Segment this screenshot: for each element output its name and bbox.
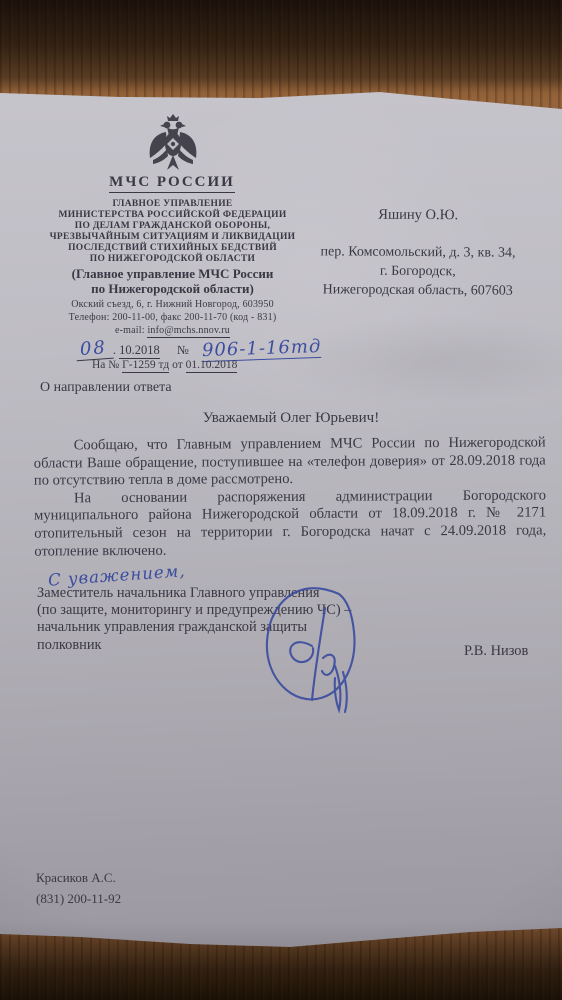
executor-phone: (831) 200-11-92 (36, 888, 121, 909)
executor-block: Красиков А.С. (831) 200-11-92 (36, 867, 121, 909)
incoming-number: Г-1259 тд (122, 359, 169, 373)
org-short-title: МЧС РОССИИ (92, 174, 252, 191)
position-line: полковник (37, 637, 457, 654)
org-line: ПО НИЖЕГОРОДСКОЙ ОБЛАСТИ (25, 254, 320, 265)
outgoing-date-number-line: 08. 10.2018 № 906-1-16тд (76, 338, 321, 360)
org-phone-fax: Телефон: 200-11-00, факс 200-11-70 (код … (25, 311, 320, 324)
recipient-address-line: Нижегородская область, 607603 (312, 280, 524, 300)
org-full-name: ГЛАВНОЕ УПРАВЛЕНИЕ МИНИСТЕРСТВА РОССИЙСК… (25, 199, 320, 264)
recipient-name: Яшину О.Ю. (312, 205, 524, 225)
recipient-address-line: г. Богородск, (312, 261, 524, 281)
org-email: info@mchs.nnov.ru (147, 325, 230, 338)
org-contact-block: Окский съезд, 6, г. Нижний Новгород, 603… (25, 298, 320, 337)
org-line: ПОСЛЕДСТВИЙ СТИХИЙНЫХ БЕДСТВИЙ (25, 243, 320, 254)
position-line: Заместитель начальника Главного управлен… (37, 585, 457, 602)
recipient-address-line: пер. Комсомольский, д. 3, кв. 34, (312, 242, 524, 262)
letter-sheet: МЧС РОССИИ ГЛАВНОЕ УПРАВЛЕНИЕ МИНИСТЕРСТ… (0, 0, 562, 1000)
org-line: ПО ДЕЛАМ ГРАЖДАНСКОЙ ОБОРОНЫ, (25, 221, 320, 232)
letter-subject: О направлении ответа (40, 380, 172, 396)
org-short-name-parenthesized: (Главное управление МЧС России по Нижего… (25, 266, 320, 296)
signer-name: Р.В. Низов (464, 643, 528, 660)
body-paragraph-2: На основании распоряжения администрации … (34, 487, 546, 561)
executor-name: Красиков А.С. (36, 867, 121, 888)
position-line: начальник управления гражданской защиты (37, 619, 457, 636)
body-paragraph-1: Сообщаю, что Главным управлением МЧС Рос… (34, 434, 546, 490)
number-sign: № (177, 343, 189, 357)
salutation: Уважаемый Олег Юрьевич! (40, 410, 542, 427)
position-line: (по защите, мониторингу и предупреждению… (37, 602, 457, 619)
org-postal-address: Окский съезд, 6, г. Нижний Новгород, 603… (25, 298, 320, 311)
mchs-eagle-emblem-icon (146, 114, 200, 174)
pen-signature-icon (255, 574, 373, 716)
letter-body: Сообщаю, что Главным управлением МЧС Рос… (34, 434, 547, 560)
handwritten-date-day: 08 (75, 337, 113, 362)
incoming-date: 01.10.2018 (186, 359, 238, 373)
org-line: ГЛАВНОЕ УПРАВЛЕНИЕ (25, 199, 320, 210)
reply-to-line: На № Г-1259 тд от 01.10.2018 (92, 359, 237, 371)
printed-month-year: 10.2018 (119, 343, 160, 359)
recipient-block: Яшину О.Ю. пер. Комсомольский, д. 3, кв.… (312, 205, 525, 300)
photo-of-letter-on-wooden-table: МЧС РОССИИ ГЛАВНОЕ УПРАВЛЕНИЕ МИНИСТЕРСТ… (0, 0, 562, 1000)
signer-position-block: Заместитель начальника Главного управлен… (37, 585, 457, 654)
org-line: МИНИСТЕРСТВА РОССИЙСКОЙ ФЕДЕРАЦИИ (25, 210, 320, 221)
org-email-line: e-mail: info@mchs.nnov.ru (25, 324, 320, 337)
org-line: ЧРЕЗВЫЧАЙНЫМ СИТУАЦИЯМ И ЛИКВИДАЦИИ (25, 232, 320, 243)
